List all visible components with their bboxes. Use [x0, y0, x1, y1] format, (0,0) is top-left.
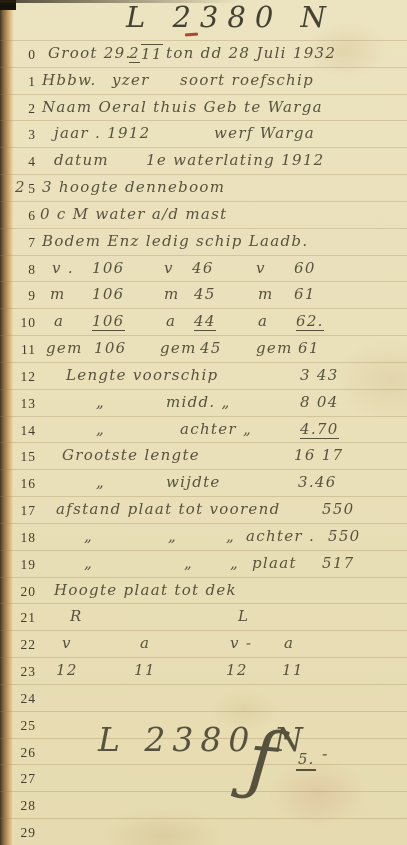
ledger-row: 28: [0, 792, 407, 819]
handwritten-text: R: [70, 607, 83, 625]
ledger-row: 3jaar . 1912werf Warga: [0, 121, 407, 148]
row-number: 22: [0, 637, 42, 653]
ledger-row: 15Grootste lengte16 17: [0, 443, 407, 470]
handwritten-text: 45: [194, 285, 216, 303]
handwritten-text: 60: [294, 259, 316, 277]
handwritten-text: 8 04: [300, 393, 339, 411]
row-number: 18: [0, 530, 42, 546]
ledger-row: 9m106m45m61: [0, 282, 407, 309]
row-number: 20: [0, 584, 42, 600]
price-dash: -: [322, 744, 327, 763]
row-number: 3: [0, 127, 42, 143]
red-underline-mark: [185, 33, 198, 37]
row-number: 23: [0, 664, 42, 680]
ledger-row: 18„„„achter .550: [0, 524, 407, 551]
handwritten-text: „: [168, 527, 177, 545]
handwritten-text: yzer: [112, 71, 150, 89]
row-number: 13: [0, 396, 42, 412]
handwritten-text: „: [84, 554, 93, 572]
handwritten-text: v: [164, 259, 174, 277]
ledger-row: 21RL: [0, 604, 407, 631]
handwritten-text: 106: [92, 312, 125, 331]
row-number: 7: [0, 235, 42, 251]
row-number: 15: [0, 449, 42, 465]
ledger-row: 11gem106gem45gem61: [0, 336, 407, 363]
handwritten-text: ton dd 28 Juli 1932: [166, 44, 336, 62]
row-number: 16: [0, 476, 42, 492]
ledger-row: 1Hbbw.yzersoort roefschip: [0, 68, 407, 95]
ledger-row: 16„wijdte3.46: [0, 470, 407, 497]
row-number: 26: [0, 745, 42, 761]
handwritten-text: „: [96, 420, 105, 438]
ledger-row: 60 c M water a/d mast: [0, 202, 407, 229]
handwritten-text: „: [96, 473, 105, 491]
row-number: 2: [0, 101, 42, 117]
handwritten-text: jaar . 1912: [54, 124, 151, 142]
handwritten-text: 61: [298, 339, 320, 357]
handwritten-text: achter „: [180, 420, 252, 438]
handwritten-text: „: [230, 554, 239, 572]
handwritten-text: 44: [194, 312, 216, 331]
ledger-row: 10a106a44a62.: [0, 309, 407, 336]
handwritten-text: 2: [129, 44, 140, 63]
row-number: 19: [0, 557, 42, 573]
handwritten-text: 61: [294, 285, 316, 303]
handwritten-text: 12: [226, 661, 248, 679]
handwritten-text: m: [50, 285, 66, 303]
handwritten-text: 3 43: [300, 366, 339, 384]
handwritten-text: datum: [54, 151, 109, 169]
ledger-row: 2Naam Oeral thuis Geb te Warga: [0, 95, 407, 122]
ledger-row: 13„midd. „8 04: [0, 390, 407, 417]
handwritten-text: werf Warga: [214, 124, 315, 142]
page-title: L 2380 N: [126, 0, 335, 34]
row-number: 11: [0, 342, 42, 358]
handwritten-text: 106: [92, 285, 125, 303]
ledger-row: 14„achter „4.70: [0, 417, 407, 444]
handwritten-text: 62.: [296, 312, 324, 331]
handwritten-text: gem: [256, 339, 293, 357]
handwritten-text: „: [96, 393, 105, 411]
ledger-row: 8v .106v46v60: [0, 256, 407, 283]
ledger-row: 27: [0, 765, 407, 792]
handwritten-text: m: [164, 285, 180, 303]
handwritten-text: a: [140, 634, 150, 652]
row-number: 14: [0, 423, 42, 439]
handwritten-text: 4.70: [300, 420, 339, 439]
handwritten-text: 1e waterlating 1912: [146, 151, 325, 169]
handwritten-text: 11: [282, 661, 304, 679]
handwritten-text: a: [284, 634, 294, 652]
ledger-row: 17afstand plaat tot voorend550: [0, 497, 407, 524]
row-number: 17: [0, 503, 42, 519]
handwritten-text: afstand plaat tot voorend: [56, 500, 280, 518]
price-amount: 5.: [296, 750, 316, 771]
handwritten-text: Naam Oeral thuis Geb te Warga: [42, 98, 323, 116]
handwritten-text: v: [62, 634, 72, 652]
ledger-row: 19„„„plaat517: [0, 551, 407, 578]
handwritten-text: L: [238, 607, 249, 625]
row-number: 25: [0, 718, 42, 734]
handwritten-text: 0 c M water a/d mast: [40, 205, 228, 223]
row-number: 27: [0, 771, 42, 787]
handwritten-text: a: [166, 312, 176, 330]
scanned-ledger-page: L 2380 N 0Groot 29.211ton dd 28 Juli 193…: [0, 0, 407, 845]
handwritten-text: Bodem Enz ledig schip Laadb.: [42, 232, 308, 250]
ledger-row: 22vav -a: [0, 631, 407, 658]
row-number: 0: [0, 47, 42, 63]
handwritten-text: „: [184, 554, 193, 572]
row-number: 6: [0, 208, 42, 224]
handwritten-text: Hoogte plaat tot dek: [54, 581, 237, 599]
ledger-row: 523 hoogte denneboom: [0, 175, 407, 202]
row-number: 28: [0, 798, 42, 814]
handwritten-text: gem: [160, 339, 197, 357]
ledger-row: 24: [0, 685, 407, 712]
handwritten-text: achter .: [246, 527, 315, 545]
ledger-row: 12Lengte voorschip3 43: [0, 363, 407, 390]
handwritten-text: v .: [52, 259, 74, 277]
handwritten-text: 106: [92, 259, 125, 277]
handwritten-text: gem: [46, 339, 83, 357]
handwritten-text: 11: [141, 44, 163, 63]
handwritten-text: „: [84, 527, 93, 545]
handwritten-text: a: [54, 312, 64, 330]
handwritten-text: 517: [322, 554, 355, 572]
row-number: 29: [0, 825, 42, 841]
handwritten-text: wijdte: [166, 473, 221, 491]
handwritten-text: 16 17: [294, 446, 343, 464]
row-number: 12: [0, 369, 42, 385]
handwritten-text: 550: [322, 500, 355, 518]
ledger-row: 0Groot 29.211ton dd 28 Juli 1932: [0, 41, 407, 68]
handwritten-text: Groot 29.: [48, 44, 132, 62]
handwritten-text: 11: [134, 661, 156, 679]
handwritten-text: 550: [328, 527, 361, 545]
handwritten-text: 46: [192, 259, 214, 277]
row-number: 9: [0, 288, 42, 304]
handwritten-text: Grootste lengte: [62, 446, 200, 464]
row-number: 4: [0, 154, 42, 170]
ledger-row: 29: [0, 819, 407, 845]
row-number: 10: [0, 315, 42, 331]
handwritten-text: a: [258, 312, 268, 330]
handwritten-text: v -: [230, 634, 252, 652]
handwritten-text: Lengte voorschip: [66, 366, 218, 384]
row-number: 21: [0, 610, 42, 626]
ledger-row: 7Bodem Enz ledig schip Laadb.: [0, 229, 407, 256]
handwritten-text: 106: [94, 339, 127, 357]
handwritten-text: 3 hoogte denneboom: [42, 178, 225, 196]
handwritten-text: Hbbw.: [42, 71, 97, 89]
handwritten-text: midd. „: [166, 393, 231, 411]
ledger-row: 20Hoogte plaat tot dek: [0, 578, 407, 605]
handwritten-text: „: [226, 527, 235, 545]
handwritten-text: 45: [200, 339, 222, 357]
handwritten-text: plaat: [252, 554, 297, 572]
handwritten-text: m: [258, 285, 274, 303]
row-number: 8: [0, 262, 42, 278]
row-number: 24: [0, 691, 42, 707]
handwritten-text: soort roefschip: [180, 71, 314, 89]
ledger-row: 4datum1e waterlating 1912: [0, 148, 407, 175]
ledger-row: 2312111211: [0, 658, 407, 685]
row-number: 1: [0, 74, 42, 90]
handwritten-text: 12: [56, 661, 78, 679]
handwritten-prefix: 2: [15, 178, 26, 196]
handwritten-text: v: [256, 259, 266, 277]
handwritten-text: 3.46: [298, 473, 337, 491]
